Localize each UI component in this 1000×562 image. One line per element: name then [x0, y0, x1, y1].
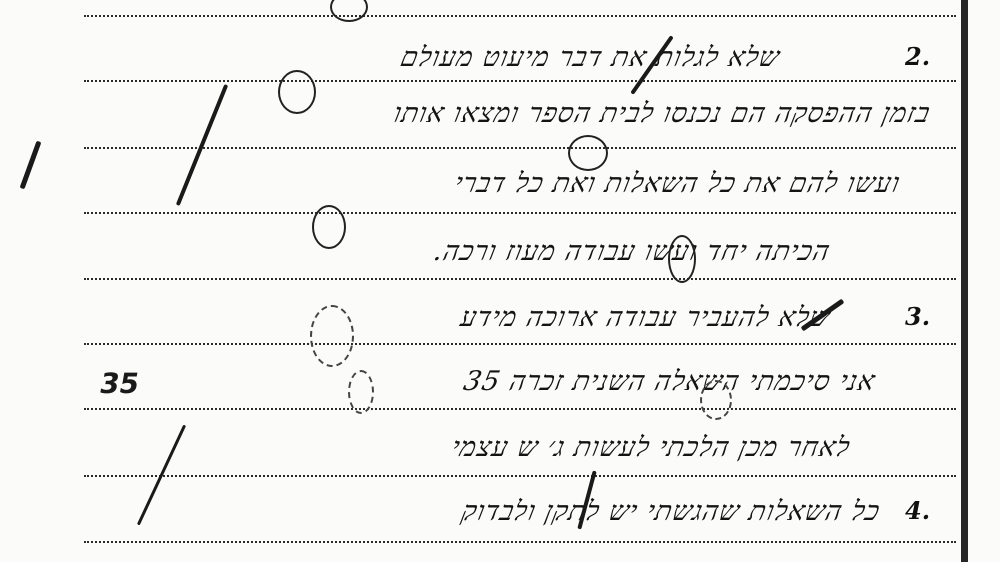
handwritten-line: שלא להעביר עבודה ארוכה מידע — [458, 302, 834, 333]
handwritten-number: 35 — [97, 367, 142, 400]
dotted-rule — [84, 408, 956, 410]
handwritten-stroke — [176, 84, 228, 206]
item-number: 2. — [905, 42, 930, 71]
handwritten-circle-mark — [568, 135, 608, 171]
handwritten-circle-mark — [310, 305, 354, 367]
handwritten-line: הכיתה יחד ועשו עבודה מעוז ורכה. — [431, 236, 834, 267]
handwritten-line: ועשו להם את כל השאלות ואת כל דברי — [452, 168, 904, 199]
handwritten-line: בזמן ההפסקה הם נכנסו לבית הספר ומצאו אות… — [391, 98, 934, 129]
dotted-rule — [84, 278, 956, 280]
handwritten-line: שלא לגלות את דבר מיעוט מעולם — [398, 42, 783, 73]
dotted-rule — [84, 343, 956, 345]
handwritten-circle-mark — [700, 380, 732, 420]
dotted-rule — [84, 15, 956, 17]
handwritten-line: לאחר מכן הלכתי לעשות ג׳ ש עצמי — [449, 432, 854, 463]
handwritten-circle-mark — [278, 70, 316, 114]
handwritten-circle-mark — [668, 235, 696, 283]
handwritten-line: כל השאלות שהגשתי יש לתקן ולבדוק — [459, 496, 883, 527]
dotted-rule — [84, 475, 956, 477]
handwritten-circle-mark — [312, 205, 346, 249]
item-number: 4. — [905, 496, 930, 525]
dotted-rule — [84, 541, 956, 543]
handwritten-stroke — [20, 141, 42, 190]
item-number: 3. — [905, 302, 930, 331]
handwritten-circle-mark — [330, 0, 368, 22]
scanned-document-page: 2. שלא לגלות את דבר מיעוט מעולם בזמן ההפ… — [0, 0, 1000, 562]
handwritten-circle-mark — [348, 370, 374, 414]
page-right-border — [961, 0, 968, 562]
dotted-rule — [84, 147, 956, 149]
handwritten-line: אני סיכמתי השאלה השנית זכרה 35 — [461, 366, 879, 397]
dotted-rule — [84, 212, 956, 214]
dotted-rule — [84, 80, 956, 82]
